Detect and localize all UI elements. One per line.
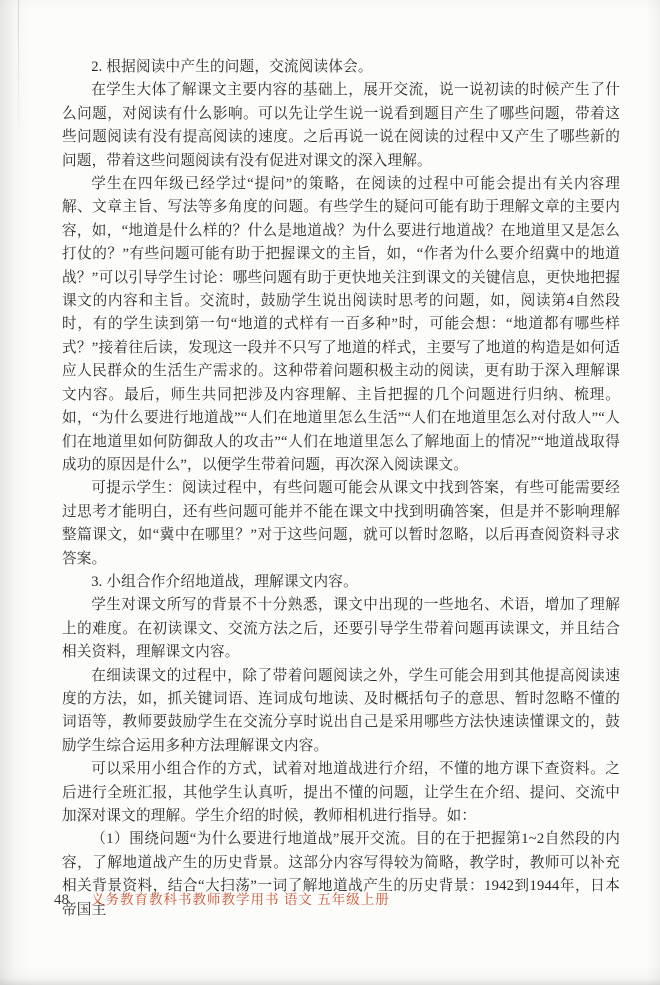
paragraph: 在学生大体了解课文主要内容的基础上，展开交流，说一说初读的时候产生了什么问题，对… <box>62 79 620 173</box>
paragraph: 学生对课文所写的背景不十分熟悉，课文中出现的一些地名、术语，增加了理解上的难度。… <box>62 594 620 664</box>
scanned-book-page: 2. 根据阅读中产生的问题，交流阅读体会。在学生大体了解课文主要内容的基础上，展… <box>0 0 660 985</box>
page-footer: 48 义务教育教科书教师教学用书 语文 五年级上册 <box>54 888 390 909</box>
paragraph: 3. 小组合作介绍地道战，理解课文内容。 <box>62 571 620 594</box>
page-number: 48 <box>54 892 69 909</box>
paragraph: 学生在四年级已经学过“提问”的策略，在阅读的过程中可能会提出有关内容理解、文章主… <box>62 173 620 477</box>
paragraph: 在细读课文的过程中，除了带着问题阅读之外，学生可能会用到其他提高阅读速度的方法，… <box>62 665 620 759</box>
page-body-text: 2. 根据阅读中产生的问题，交流阅读体会。在学生大体了解课文主要内容的基础上，展… <box>62 56 620 922</box>
book-title: 义务教育教科书教师教学用书 语文 五年级上册 <box>91 888 390 908</box>
paragraph: 可提示学生：阅读过程中，有些问题可能会从课文中找到答案，有些可能需要经过思考才能… <box>62 477 620 571</box>
scan-left-crease <box>18 0 19 150</box>
paragraph: 可以采用小组合作的方式，试着对地道战进行介绍，不懂的地方课下查资料。之后进行全班… <box>62 758 620 828</box>
paragraph: 2. 根据阅读中产生的问题，交流阅读体会。 <box>62 56 620 79</box>
